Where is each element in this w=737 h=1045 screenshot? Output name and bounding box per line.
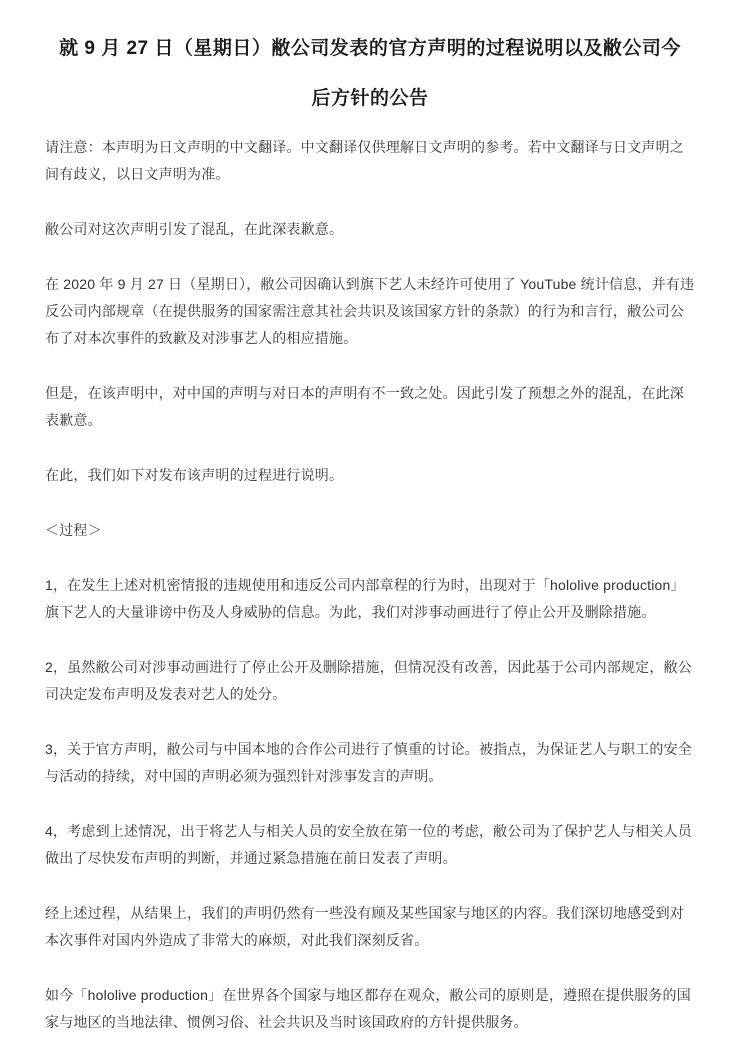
process-item-4: 4，考虑到上述情况，出于将艺人与相关人员的安全放在第一位的考虑，敝公司为了保护艺… xyxy=(45,818,695,872)
document-body: 请注意：本声明为日文声明的中文翻译。中文翻译仅供理解日文声明的参考。若中文翻译与… xyxy=(45,134,695,1036)
announcement-page: 就 9 月 27 日（星期日）敝公司发表的官方声明的过程说明以及敝公司今后方针的… xyxy=(0,0,737,1045)
translation-notice-paragraph: 请注意：本声明为日文声明的中文翻译。中文翻译仅供理解日文声明的参考。若中文翻译与… xyxy=(45,134,695,188)
process-section-heading: ＜过程＞ xyxy=(45,517,695,544)
policy-paragraph: 如今「hololive production」在世界各个国家与地区都存在观众，敝… xyxy=(45,982,695,1036)
apology-paragraph: 敝公司对这次声明引发了混乱，在此深表歉意。 xyxy=(45,216,695,243)
process-intro-paragraph: 在此，我们如下对发布该声明的过程进行说明。 xyxy=(45,462,695,489)
process-item-2: 2，虽然敝公司对涉事动画进行了停止公开及删除措施，但情况没有改善，因此基于公司内… xyxy=(45,654,695,708)
process-item-3: 3，关于官方声明，敝公司与中国本地的合作公司进行了慎重的讨论。被指点，为保证艺人… xyxy=(45,736,695,790)
process-item-1: 1，在发生上述对机密情报的违规使用和违反公司内部章程的行为时，出现对于「holo… xyxy=(45,572,695,626)
reflection-paragraph: 经上述过程，从结果上，我们的声明仍然有一些没有顾及某些国家与地区的内容。我们深切… xyxy=(45,900,695,954)
incident-background-paragraph: 在 2020 年 9 月 27 日（星期日），敝公司因确认到旗下艺人未经许可使用… xyxy=(45,271,695,352)
page-title: 就 9 月 27 日（星期日）敝公司发表的官方声明的过程说明以及敝公司今后方针的… xyxy=(45,24,695,124)
inconsistency-apology-paragraph: 但是，在该声明中，对中国的声明与对日本的声明有不一致之处。因此引发了预想之外的混… xyxy=(45,380,695,434)
